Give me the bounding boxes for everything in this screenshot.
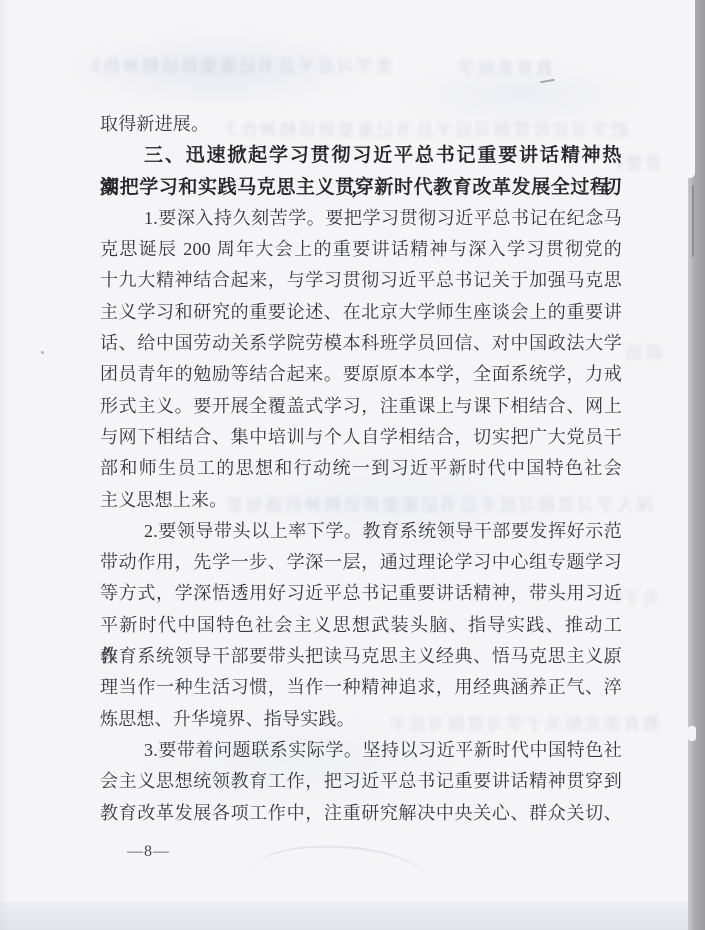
- body-text-line: 理当作一种生活习惯，当作一种精神追求，用经典涵养正气、淬: [100, 672, 622, 703]
- body-text-line: 话、给中国劳动关系学院劳模本科班学员回信、对中国政法大学: [100, 328, 622, 359]
- body-text-line: 炼思想、升华境界、指导实践。: [100, 704, 622, 735]
- scan-bottom-shadow: [0, 902, 705, 930]
- body-text-line: 克思诞辰 200 周年大会上的重要讲话精神与深入学习贯彻党的: [100, 234, 622, 265]
- body-text-line: 2.要领导带头以上率下学。教育系统领导干部要发挥好示范: [100, 516, 622, 547]
- body-text-line: 带动作用，先学一步、学深一层，通过理论学习中心组专题学习: [100, 547, 622, 578]
- bleed-through-text: 首要任: [616, 149, 662, 174]
- heading-line: 实把学习和实践马克思主义贯穿新时代教育改革发展全过程: [100, 172, 622, 203]
- scanned-document-page: { "page": { "number_label": "—8—" }, "do…: [0, 0, 705, 930]
- heading-line: 三、迅速掀起学习贯彻习近平总书记重要讲话精神热潮，切: [100, 140, 622, 171]
- page-number: —8—: [127, 843, 170, 861]
- body-text-line: 十九大精神结合起来，与学习贯彻习近平总书记关于加强马克思: [100, 265, 622, 296]
- body-text-line: 主义思想上来。: [100, 485, 622, 516]
- bleed-through-text: 政治任: [622, 338, 662, 363]
- pencil-dash-artifact: [540, 79, 555, 84]
- scan-edge-dark-line: [692, 185, 694, 257]
- body-text-line: 部和师生员工的思想和行动统一到习近平新时代中国特色社会: [100, 453, 622, 484]
- body-text-line: 与网下相结合、集中培训与个人自学相结合，切实把广大党员干: [100, 422, 622, 453]
- body-text-line: 主义学习和研究的重要论述、在北京大学师生座谈会上的重要讲: [100, 297, 622, 328]
- document-body: 取得新进展。三、迅速掀起学习贯彻习近平总书记重要讲话精神热潮，切实把学习和实践马…: [100, 109, 622, 829]
- body-text-line: 教育改革发展各项工作中，注重研究解决中央关心、群众关切、: [100, 798, 622, 829]
- scan-right-edge-notch-mid: [688, 726, 696, 741]
- body-text-line: 3.要带着问题联系实际学。坚持以习近平新时代中国特色社: [100, 735, 622, 766]
- body-text-line: 教育系统领导干部要带头把读马克思主义经典、悟马克思主义原: [100, 641, 622, 672]
- bleed-through-text: 要学习近平总书记重要讲话精神热潮切实把学习: [93, 52, 393, 77]
- body-text-line: 会主义思想统领教育工作，把习近平总书记重要讲话精神贯穿到: [100, 766, 622, 797]
- paper-fold-artifact: [254, 842, 425, 879]
- body-text-line: 1.要深入持久刻苦学。要把学习贯彻习近平总书记在纪念马: [100, 203, 622, 234]
- body-text-line: 形式主义。要开展全覆盖式学习，注重课上与课下相结合、网上: [100, 391, 622, 422]
- bleed-through-text: 教育系统学习: [455, 54, 553, 79]
- body-text-line: 平新时代中国特色社会主义思想武装头脑、指导实践、推动工作。: [100, 610, 622, 641]
- body-text-line: 取得新进展。: [100, 109, 622, 140]
- dust-speck-artifact: [41, 351, 44, 354]
- body-text-line: 团员青年的勉励等结合起来。要原原本本学，全面系统学，力戒: [100, 359, 622, 390]
- body-text-line: 等方式，学深悟透用好习近平总书记重要讲话精神，带头用习近: [100, 578, 622, 609]
- scan-right-edge-notch-top: [688, 0, 695, 178]
